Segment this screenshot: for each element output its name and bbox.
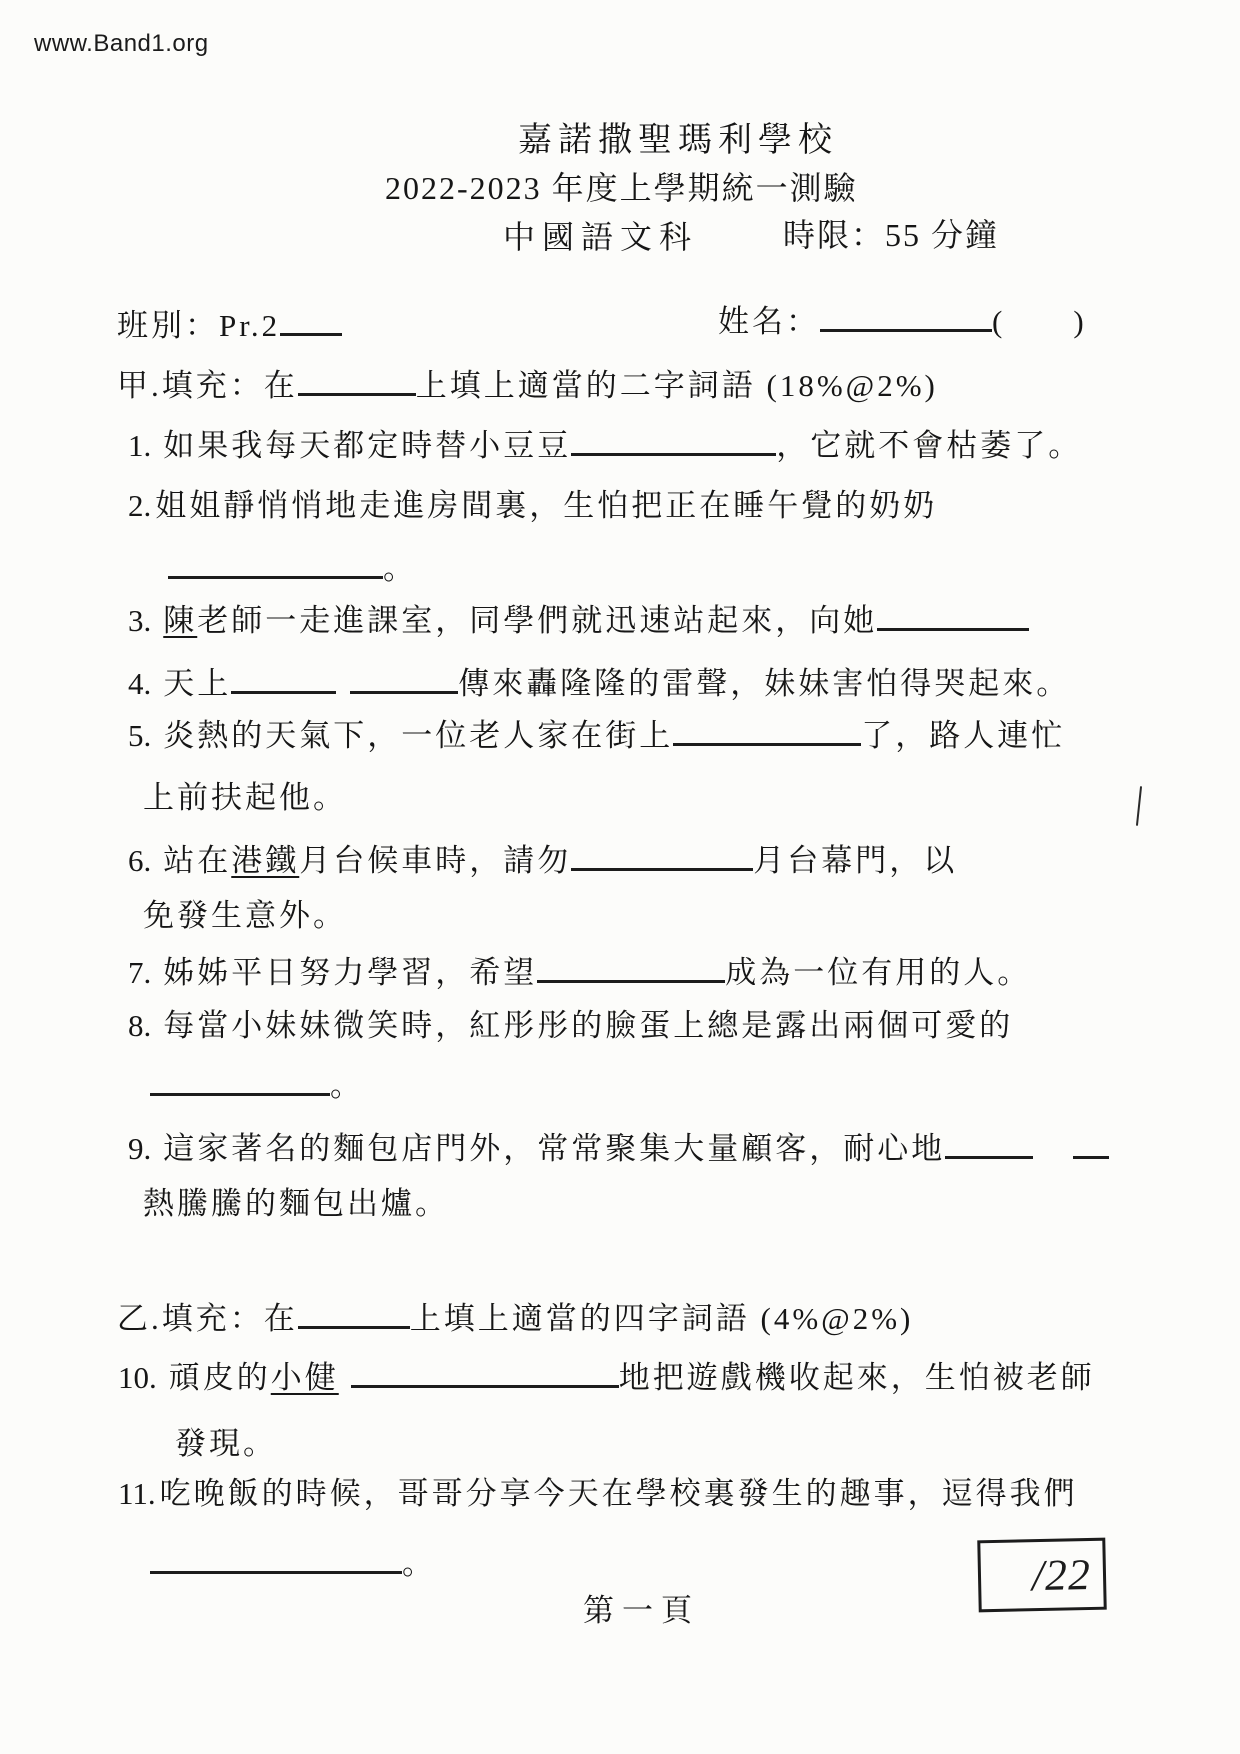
section-b-blank bbox=[298, 1294, 410, 1329]
q9-text-2: 熱騰騰的麵包出爐。 bbox=[143, 1186, 449, 1221]
section-b-heading: 乙.填充：在上填上適當的四字詞語 (4%@2%) bbox=[117, 1293, 913, 1338]
q10-text-3: 發現。 bbox=[175, 1426, 277, 1461]
class-blank bbox=[280, 301, 342, 336]
question-10-line-2: 發現。 bbox=[175, 1418, 277, 1463]
q9-answer-blank-1 bbox=[945, 1124, 1033, 1159]
q1-text: 如果我每天都定時替小豆豆 bbox=[163, 428, 571, 463]
q4-text-2: 傳來轟隆隆的雷聲，妹妹害怕得哭起來。 bbox=[458, 666, 1070, 701]
question-8: 8.每當小妹妹微笑時，紅彤彤的臉蛋上總是露出兩個可愛的 bbox=[128, 1000, 1013, 1045]
exam-paper-page: www.Band1.org 嘉諾撒聖瑪利學校 2022-2023 年度上學期統一… bbox=[0, 0, 1240, 1754]
q10-text: 頑皮的 bbox=[169, 1360, 271, 1395]
question-5-line-2: 上前扶起他。 bbox=[143, 772, 347, 817]
question-2: 2.姐姐靜悄悄地走進房間裏，生怕把正在睡午覺的奶奶 bbox=[128, 480, 937, 525]
section-b-suffix: 上填上適當的四字詞語 (4%@2%) bbox=[410, 1301, 914, 1336]
q5-number: 5. bbox=[128, 718, 151, 754]
class-value: Pr.2 bbox=[219, 308, 280, 343]
question-9-line-2: 熱騰騰的麵包出爐。 bbox=[143, 1178, 449, 1223]
question-11: 11.吃晚飯的時候，哥哥分享今天在學校裏發生的趣事，逗得我們 bbox=[118, 1468, 1078, 1513]
q5-answer-blank bbox=[673, 711, 861, 746]
section-a-blank bbox=[298, 361, 416, 396]
q11-period: 。 bbox=[402, 1546, 436, 1581]
scan-artifact-mark bbox=[1136, 786, 1142, 826]
question-2-line-2: 。 bbox=[168, 543, 417, 588]
q5-text: 炎熱的天氣下，一位老人家在街上 bbox=[163, 718, 673, 753]
question-9: 9.這家著名的麵包店門外，常常聚集大量顧客，耐心地 bbox=[128, 1123, 1109, 1168]
question-1: 1.如果我每天都定時替小豆豆，它就不會枯萎了。 bbox=[128, 420, 1082, 465]
q6-underlined-word: 港鐵 bbox=[231, 843, 299, 878]
q2-period: 。 bbox=[383, 551, 417, 586]
page-number: 第一頁 bbox=[583, 1585, 700, 1630]
time-limit: 時限：55 分鐘 bbox=[783, 210, 999, 256]
q6-text-3: 月台幕門，以 bbox=[753, 843, 957, 878]
q4-answer-blank-2 bbox=[350, 659, 458, 694]
q1-text-2: ，它就不會枯萎了。 bbox=[776, 428, 1082, 463]
q8-number: 8. bbox=[128, 1008, 151, 1044]
class-label: 班別： bbox=[117, 308, 219, 343]
q2-text: 姐姐靜悄悄地走進房間裏，生怕把正在睡午覺的奶奶 bbox=[155, 488, 937, 523]
q9-text: 這家著名的麵包店門外，常常聚集大量顧客，耐心地 bbox=[163, 1131, 945, 1166]
q7-text-2: 成為一位有用的人。 bbox=[725, 955, 1031, 990]
q4-answer-blank-1 bbox=[231, 659, 336, 694]
question-8-line-2: 。 bbox=[150, 1060, 364, 1105]
q10-number: 10. bbox=[118, 1360, 157, 1396]
q4-number: 4. bbox=[128, 666, 151, 702]
q11-number: 11. bbox=[118, 1476, 156, 1512]
question-5: 5.炎熱的天氣下，一位老人家在街上了，路人連忙 bbox=[128, 710, 1065, 755]
score-box: /22 bbox=[977, 1538, 1106, 1613]
section-a-heading: 甲.填充：在上填上適當的二字詞語 (18%@2%) bbox=[117, 360, 938, 405]
q1-answer-blank bbox=[571, 421, 776, 456]
name-label: 姓名： bbox=[718, 304, 820, 339]
school-name: 嘉諾撒聖瑪利學校 bbox=[518, 112, 838, 161]
q1-number: 1. bbox=[128, 428, 151, 464]
q3-number: 3. bbox=[128, 603, 151, 639]
q6-answer-blank bbox=[571, 836, 753, 871]
name-blank bbox=[820, 297, 992, 332]
q11-answer-blank bbox=[150, 1539, 402, 1574]
q4-text: 天上 bbox=[163, 666, 231, 701]
q10-underlined-word: 小健 bbox=[271, 1360, 339, 1395]
q10-text-2: 地把遊戲機收起來，生怕被老師 bbox=[619, 1360, 1095, 1395]
q2-answer-blank bbox=[168, 544, 383, 579]
q6-number: 6. bbox=[128, 843, 151, 879]
q8-text: 每當小妹妹微笑時，紅彤彤的臉蛋上總是露出兩個可愛的 bbox=[163, 1008, 1013, 1043]
q8-answer-blank bbox=[150, 1061, 330, 1096]
q7-text: 姊姊平日努力學習，希望 bbox=[163, 955, 537, 990]
q11-text: 吃晚飯的時候，哥哥分享今天在學校裏發生的趣事，逗得我們 bbox=[160, 1476, 1078, 1511]
class-field: 班別：Pr.2 bbox=[117, 300, 342, 345]
q3-text: 老師一走進課室，同學們就迅速站起來，向她 bbox=[197, 603, 877, 638]
q8-period: 。 bbox=[330, 1068, 364, 1103]
q7-number: 7. bbox=[128, 955, 151, 991]
question-6: 6.站在港鐵月台候車時，請勿月台幕門，以 bbox=[128, 835, 957, 880]
q9-number: 9. bbox=[128, 1131, 151, 1167]
section-a-prefix: 甲.填充：在 bbox=[117, 368, 298, 403]
q10-answer-blank bbox=[351, 1353, 619, 1388]
q3-answer-blank bbox=[877, 596, 1029, 631]
section-a-suffix: 上填上適當的二字詞語 (18%@2%) bbox=[416, 368, 938, 403]
exam-title: 2022-2023 年度上學期統一測驗 bbox=[385, 163, 858, 209]
q5-text-3: 上前扶起他。 bbox=[143, 780, 347, 815]
question-10: 10.頑皮的小健地把遊戲機收起來，生怕被老師 bbox=[118, 1352, 1095, 1397]
q5-text-2: 了，路人連忙 bbox=[861, 718, 1065, 753]
subject-title: 中國語文科 bbox=[503, 212, 698, 258]
question-6-line-2: 免發生意外。 bbox=[143, 890, 347, 935]
question-7: 7.姊姊平日努力學習，希望成為一位有用的人。 bbox=[128, 947, 1031, 992]
name-field: 姓名：( ) bbox=[718, 296, 1087, 341]
score-total: /22 bbox=[1031, 1548, 1091, 1600]
q6-text-4: 免發生意外。 bbox=[143, 898, 347, 933]
q6-text-2: 月台候車時，請勿 bbox=[299, 843, 571, 878]
question-11-line-2: 。 bbox=[150, 1538, 436, 1583]
q7-answer-blank bbox=[537, 948, 725, 983]
question-4: 4.天上傳來轟隆隆的雷聲，妹妹害怕得哭起來。 bbox=[128, 658, 1070, 703]
name-paren: ( ) bbox=[992, 304, 1087, 339]
q2-number: 2. bbox=[128, 488, 151, 524]
site-watermark: www.Band1.org bbox=[34, 30, 209, 58]
section-b-prefix: 乙.填充：在 bbox=[117, 1301, 298, 1336]
q3-underlined-word: 陳 bbox=[163, 603, 197, 638]
question-3: 3.陳老師一走進課室，同學們就迅速站起來，向她 bbox=[128, 595, 1029, 640]
q6-text: 站在 bbox=[163, 843, 231, 878]
q9-answer-blank-2 bbox=[1073, 1124, 1109, 1159]
